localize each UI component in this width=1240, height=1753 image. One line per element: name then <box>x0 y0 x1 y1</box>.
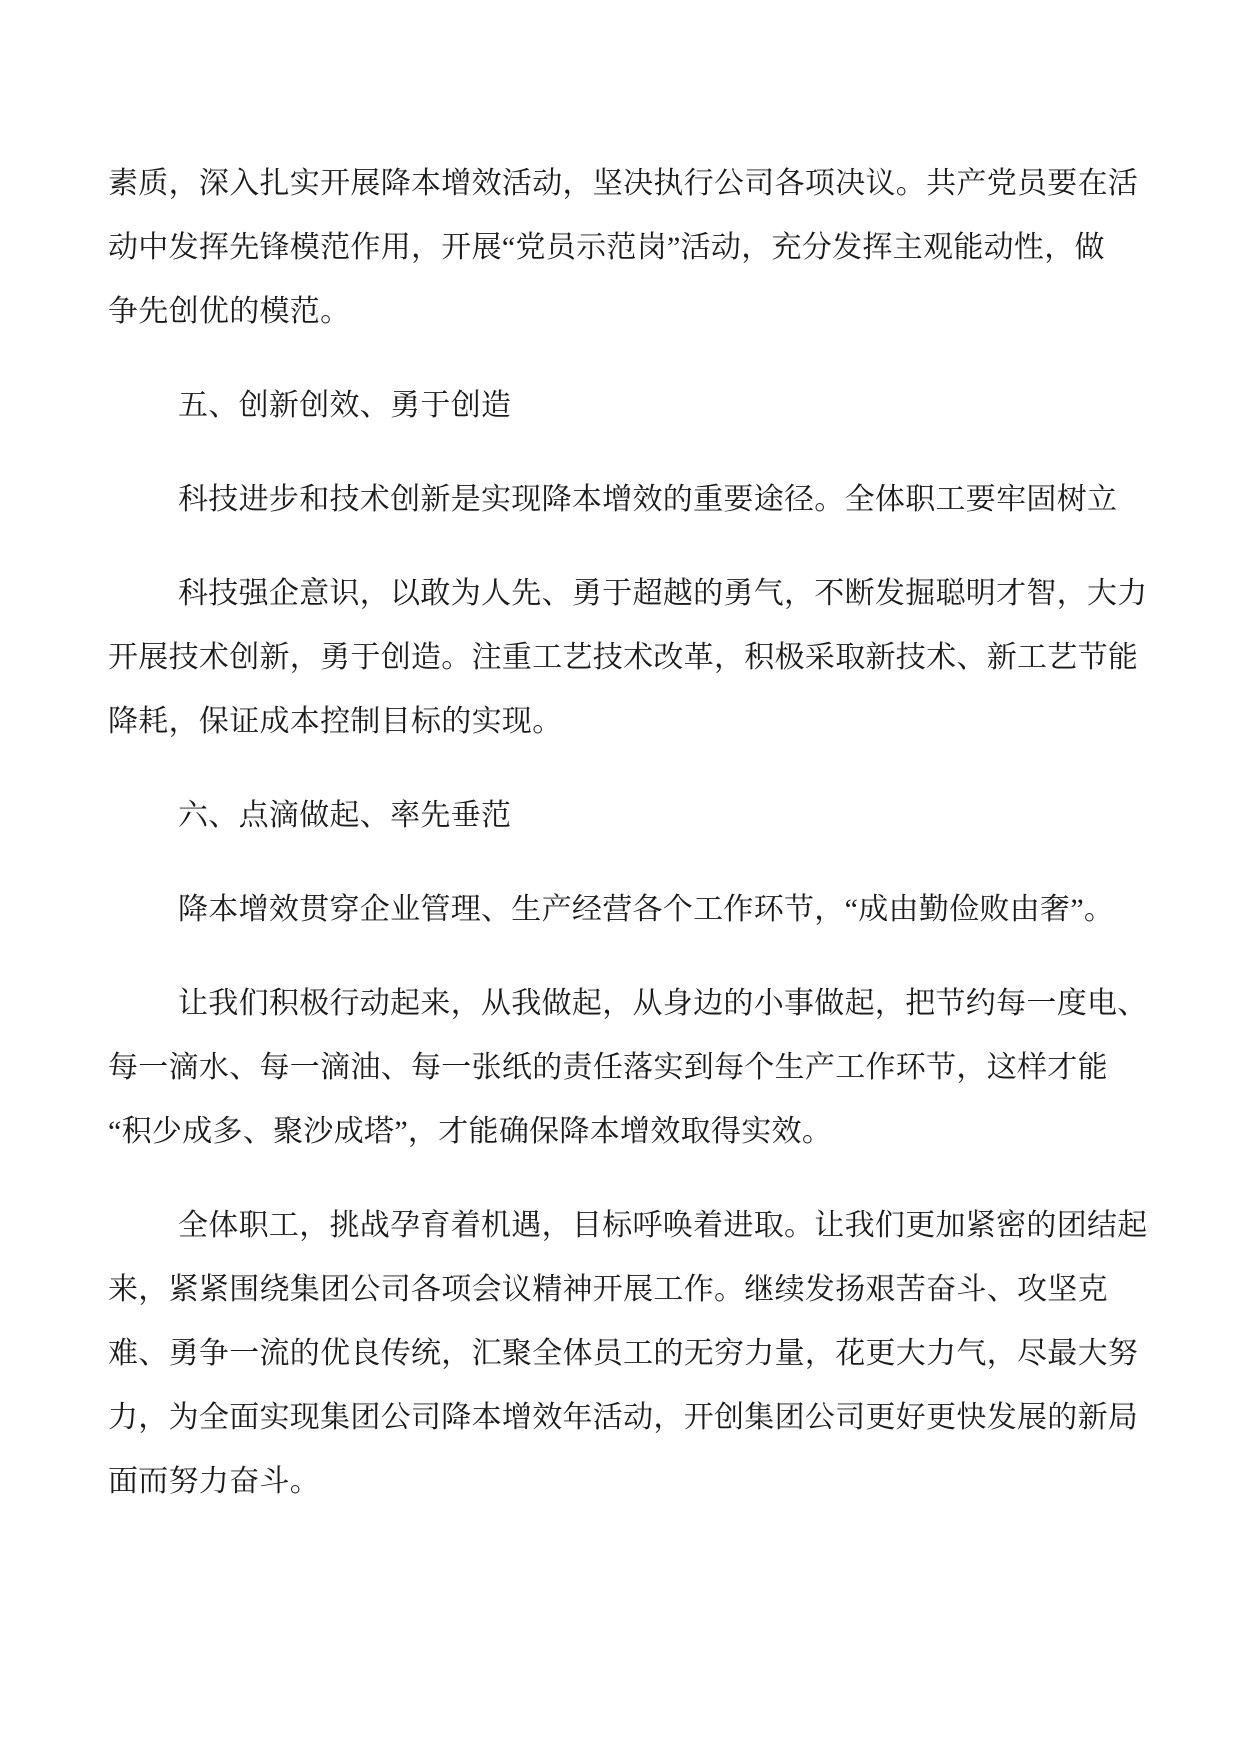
text-line: 开展技术创新，勇于创造。注重工艺技术改革，积极采取新技术、新工艺节能 <box>108 626 1116 690</box>
text-line: 素质，深入扎实开展降本增效活动，坚决执行公司各项决议。共产党员要在活 <box>108 152 1116 216</box>
text-line: 降耗，保证成本控制目标的实现。 <box>108 690 1116 754</box>
para-tech-progress: 科技进步和技术创新是实现降本增效的重要途径。全体职工要牢固树立 <box>108 468 1116 532</box>
para-take-action: 让我们积极行动起来，从我做起，从身边的小事做起，把节约每一度电、每一滴水、每一滴… <box>108 972 1116 1164</box>
text-line: 力，为全面实现集团公司降本增效年活动，开创集团公司更好更快发展的新局 <box>108 1386 1116 1450</box>
text-line: 科技强企意识，以敢为人先、勇于超越的勇气，不断发掘聪明才智，大力 <box>108 562 1116 626</box>
section-heading-five: 五、创新创效、勇于创造 <box>108 374 1116 438</box>
para-closing: 全体职工，挑战孕育着机遇，目标呼唤着进取。让我们更加紧密的团结起来，紧紧围绕集团… <box>108 1194 1116 1514</box>
document-page: 素质，深入扎实开展降本增效活动，坚决执行公司各项决议。共产党员要在活动中发挥先锋… <box>0 0 1240 1753</box>
text-line: 五、创新创效、勇于创造 <box>108 374 1116 438</box>
text-line: 全体职工，挑战孕育着机遇，目标呼唤着进取。让我们更加紧密的团结起 <box>108 1194 1116 1258</box>
text-line: 每一滴水、每一滴油、每一张纸的责任落实到每个生产工作环节，这样才能 <box>108 1036 1116 1100</box>
document-body: 素质，深入扎实开展降本增效活动，坚决执行公司各项决议。共产党员要在活动中发挥先锋… <box>108 152 1116 1514</box>
text-line: 动中发挥先锋模范作用，开展“党员示范岗”活动，充分发挥主观能动性，做 <box>108 216 1116 280</box>
text-line: 让我们积极行动起来，从我做起，从身边的小事做起，把节约每一度电、 <box>108 972 1116 1036</box>
para-continuation: 素质，深入扎实开展降本增效活动，坚决执行公司各项决议。共产党员要在活动中发挥先锋… <box>108 152 1116 344</box>
text-line: 难、勇争一流的优良传统，汇聚全体员工的无穷力量，花更大力气，尽最大努 <box>108 1322 1116 1386</box>
para-tech-awareness: 科技强企意识，以敢为人先、勇于超越的勇气，不断发掘聪明才智，大力开展技术创新，勇… <box>108 562 1116 754</box>
text-line: “积少成多、聚沙成塔”，才能确保降本增效取得实效。 <box>108 1100 1116 1164</box>
text-line: 争先创优的模范。 <box>108 280 1116 344</box>
section-heading-six: 六、点滴做起、率先垂范 <box>108 784 1116 848</box>
text-line: 面而努力奋斗。 <box>108 1450 1116 1514</box>
text-line: 科技进步和技术创新是实现降本增效的重要途径。全体职工要牢固树立 <box>108 468 1116 532</box>
para-thrift: 降本增效贯穿企业管理、生产经营各个工作环节，“成由勤俭败由奢”。 <box>108 878 1116 942</box>
text-line: 降本增效贯穿企业管理、生产经营各个工作环节，“成由勤俭败由奢”。 <box>108 878 1116 942</box>
text-line: 六、点滴做起、率先垂范 <box>108 784 1116 848</box>
text-line: 来，紧紧围绕集团公司各项会议精神开展工作。继续发扬艰苦奋斗、攻坚克 <box>108 1258 1116 1322</box>
